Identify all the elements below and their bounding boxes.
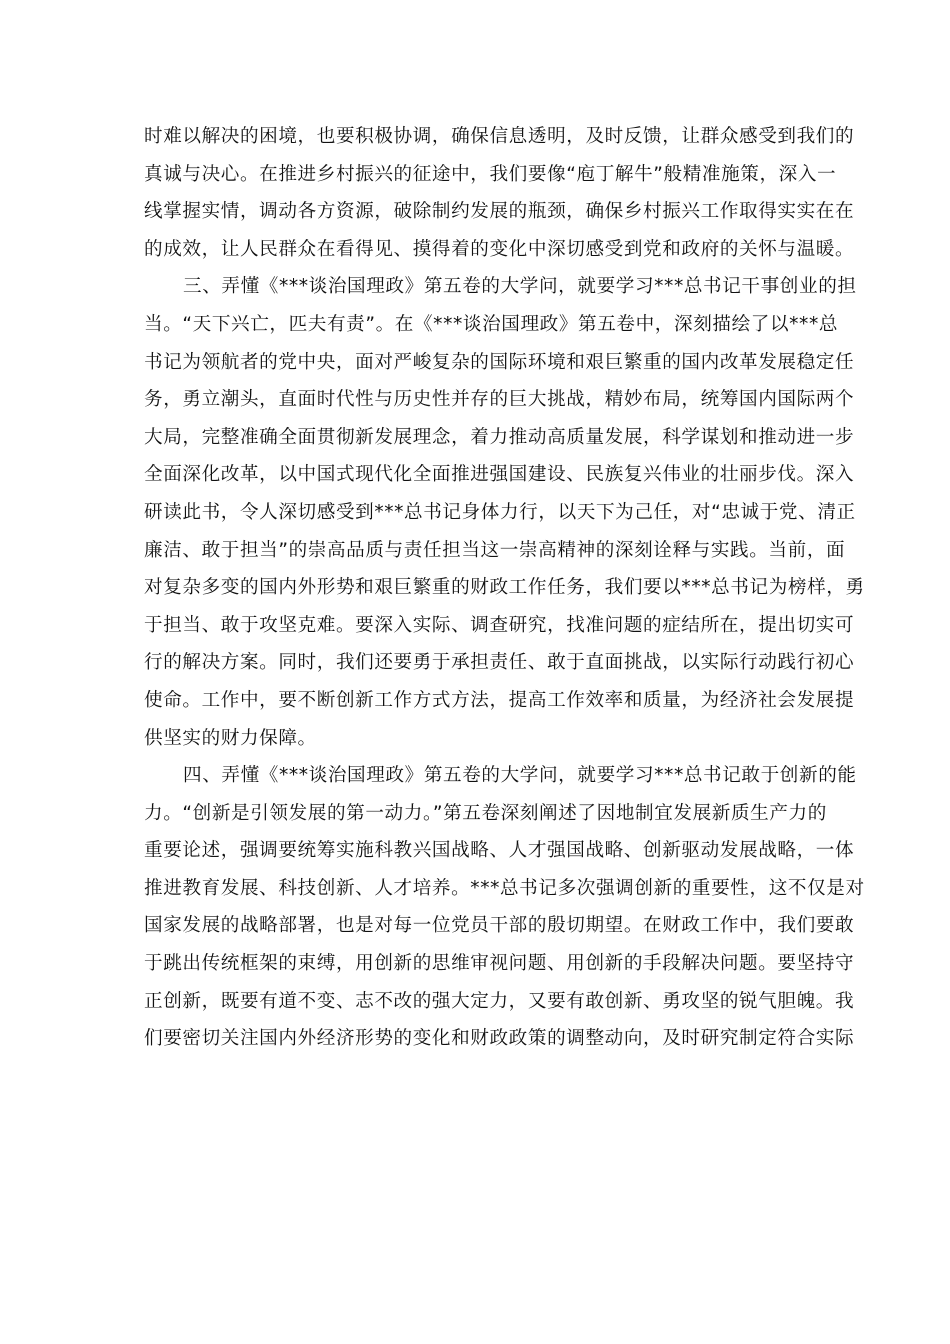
text-line: 对复杂多变的国内外形势和艰巨繁重的财政工作任务，我们要以***总书记为榜样，勇 [144,569,806,607]
paragraph-section-3: 三、弄懂《***谈治国理政》第五卷的大学问，就要学习***总书记干事创业的担 当… [144,268,806,757]
text-line: 真诚与决心。在推进乡村振兴的征途中，我们要像“庖丁解牛”般精准施策，深入一 [144,156,806,194]
text-line: 全面深化改革，以中国式现代化全面推进强国建设、民族复兴伟业的壮丽步伐。深入 [144,456,806,494]
text-line: 大局，完整准确全面贯彻新发展理念，着力推动高质量发展，科学谋划和推动进一步 [144,419,806,457]
text-line: 于跳出传统框架的束缚，用创新的思维审视问题、用创新的手段解决问题。要坚持守 [144,945,806,983]
text-line: 们要密切关注国内外经济形势的变化和财政政策的调整动向，及时研究制定符合实际 [144,1020,806,1058]
text-line: 的成效，让人民群众在看得见、摸得着的变化中深切感受到党和政府的关怀与温暖。 [144,231,806,269]
text-line: 书记为领航者的党中央，面对严峻复杂的国际环境和艰巨繁重的国内改革发展稳定任 [144,344,806,382]
section-heading-line: 三、弄懂《***谈治国理政》第五卷的大学问，就要学习***总书记干事创业的担 [144,268,806,306]
text-line: 重要论述，强调要统筹实施科教兴国战略、人才强国战略、创新驱动发展战略，一体 [144,832,806,870]
text-line: 线掌握实情，调动各方资源，破除制约发展的瓶颈，确保乡村振兴工作取得实实在在 [144,193,806,231]
text-line: 务，勇立潮头，直面时代性与历史性并存的巨大挑战，精妙布局，统筹国内国际两个 [144,381,806,419]
document-body: 时难以解决的困境，也要积极协调，确保信息透明，及时反馈，让群众感受到我们的 真诚… [144,118,806,1058]
document-page: 时难以解决的困境，也要积极协调，确保信息透明，及时反馈，让群众感受到我们的 真诚… [0,0,950,1344]
text-line: 力。“创新是引领发展的第一动力。”第五卷深刻阐述了因地制宜发展新质生产力的 [144,795,806,833]
text-line: 供坚实的财力保障。 [144,720,806,758]
text-line: 国家发展的战略部署，也是对每一位党员干部的殷切期望。在财政工作中，我们要敢 [144,907,806,945]
text-line: 研读此书，令人深切感受到***总书记身体力行，以天下为己任，对“忠诚于党、清正 [144,494,806,532]
text-line: 当。“天下兴亡，匹夫有责”。在《***谈治国理政》第五卷中，深刻描绘了以***总 [144,306,806,344]
text-line: 推进教育发展、科技创新、人才培养。***总书记多次强调创新的重要性，这不仅是对 [144,870,806,908]
text-line: 于担当、敢于攻坚克难。要深入实际、调查研究，找准问题的症结所在，提出切实可 [144,607,806,645]
text-line: 使命。工作中，要不断创新工作方式方法，提高工作效率和质量，为经济社会发展提 [144,682,806,720]
text-line: 廉洁、敢于担当”的崇高品质与责任担当这一崇高精神的深刻诠释与实践。当前，面 [144,532,806,570]
paragraph-section-4: 四、弄懂《***谈治国理政》第五卷的大学问，就要学习***总书记敢于创新的能 力… [144,757,806,1058]
section-heading-line: 四、弄懂《***谈治国理政》第五卷的大学问，就要学习***总书记敢于创新的能 [144,757,806,795]
text-line: 行的解决方案。同时，我们还要勇于承担责任、敢于直面挑战，以实际行动践行初心 [144,644,806,682]
text-line: 时难以解决的困境，也要积极协调，确保信息透明，及时反馈，让群众感受到我们的 [144,118,806,156]
paragraph-continuation: 时难以解决的困境，也要积极协调，确保信息透明，及时反馈，让群众感受到我们的 真诚… [144,118,806,268]
text-line: 正创新，既要有道不变、志不改的强大定力，又要有敢创新、勇攻坚的锐气胆魄。我 [144,983,806,1021]
